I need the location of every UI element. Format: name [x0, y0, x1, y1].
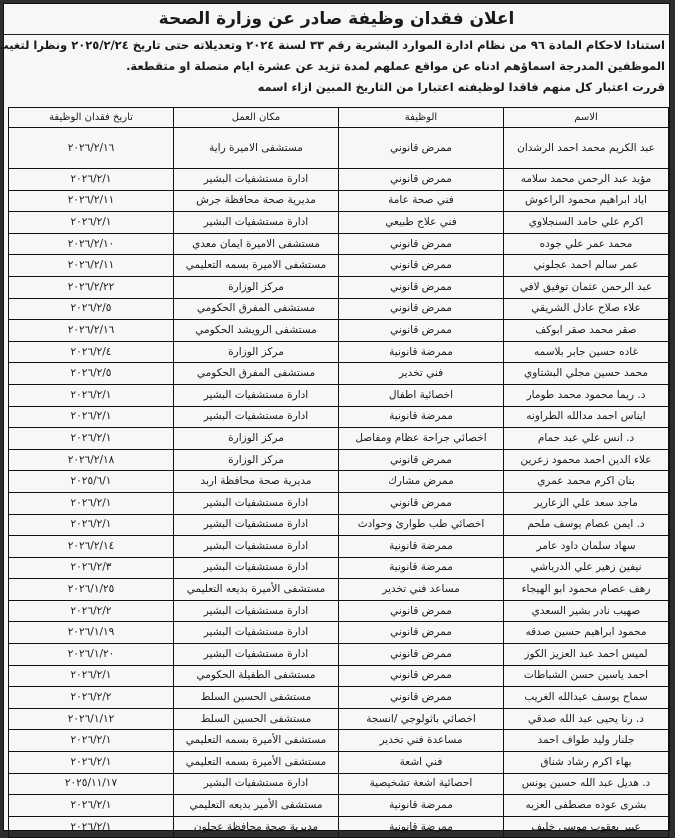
table-row: لميس احمد عبد العزيز الكوزممرض قانونيادا… [9, 644, 669, 666]
intro-line: الموظفين المدرجة اسماؤهم ادناه عن مواقع … [8, 56, 665, 77]
job-cell: اخصائي طب طوارئ وحوادث [339, 514, 504, 536]
date-cell: ٢٠٢٦/٢/١ [9, 730, 174, 752]
name-cell: د. انس علي عبد حمام [504, 428, 669, 450]
date-cell: ٢٠٢٦/٢/٤ [9, 341, 174, 363]
place-cell: ادارة مستشفيات البشير [174, 492, 339, 514]
name-cell: سهاد سلمان داود عامر [504, 536, 669, 558]
notice-title: اعلان فقدان وظيفة صادر عن وزارة الصحة [4, 4, 669, 35]
name-cell: رهف عصام محمود ابو الهيجاء [504, 579, 669, 601]
header-place: مكان العمل [174, 108, 339, 128]
place-cell: مستشفى الحسين السلط [174, 708, 339, 730]
name-cell: محمد عمر علي جوده [504, 233, 669, 255]
date-cell: ٢٠٢٥/٦/١ [9, 471, 174, 493]
place-cell: ادارة مستشفيات البشير [174, 406, 339, 428]
table-row: علاء الدين احمد محمود زعرينممرض قانونيمر… [9, 449, 669, 471]
table-row: د. هديل عبد الله حسين يونساحصائية اشعة ت… [9, 773, 669, 795]
place-cell: مركز الوزارة [174, 428, 339, 450]
place-cell: ادارة مستشفيات البشير [174, 600, 339, 622]
table-row: عبد الكريم محمد احمد الرشدانممرض قانونيم… [9, 128, 669, 169]
name-cell: د. ايمن عصام يوسف ملحم [504, 514, 669, 536]
date-cell: ٢٠٢٦/٢/١ [9, 795, 174, 817]
header-date: تاريخ فقدان الوظيفة [9, 108, 174, 128]
name-cell: اياد ابراهيم محمود الراعوش [504, 190, 669, 212]
notice-page: اعلان فقدان وظيفة صادر عن وزارة الصحة اس… [3, 3, 670, 831]
name-cell: د. رنا يحيى عبد الله صدقي [504, 708, 669, 730]
name-cell: علاء صلاح عادل الشريقي [504, 298, 669, 320]
place-cell: مركز الوزارة [174, 276, 339, 298]
name-cell: مؤيد عبد الرحمن محمد سلامه [504, 169, 669, 191]
place-cell: ادارة مستشفيات البشير [174, 384, 339, 406]
name-cell: ايناس احمد مدالله الطراونه [504, 406, 669, 428]
table-row: علاء صلاح عادل الشريقيممرض قانونيمستشفى … [9, 298, 669, 320]
place-cell: ادارة مستشفيات البشير [174, 514, 339, 536]
name-cell: محمد حسين مجلي البشتاوي [504, 363, 669, 385]
table-row: اياد ابراهيم محمود الراعوشفني صحة عامةمد… [9, 190, 669, 212]
job-cell: اخصائية اطفال [339, 384, 504, 406]
place-cell: مديرية صحة محافظة عجلون [174, 816, 339, 837]
date-cell: ٢٠٢٦/١/٢٥ [9, 579, 174, 601]
place-cell: مستشفى المفرق الحكومي [174, 298, 339, 320]
date-cell: ٢٠٢٦/٢/١٨ [9, 449, 174, 471]
notice-intro: استنادا لاحكام المادة ٩٦ من نظام ادارة ا… [8, 35, 665, 98]
table-row: بنان اكرم محمد عمريممرض مشاركمديرية صحة … [9, 471, 669, 493]
table-row: د. ايمن عصام يوسف ملحماخصائي طب طوارئ وح… [9, 514, 669, 536]
name-cell: بشرى عوده مصطفى العزبه [504, 795, 669, 817]
date-cell: ٢٠٢٦/٢/١ [9, 665, 174, 687]
table-row: عمر سالم احمد عجلونيممرض قانونيمستشفى ال… [9, 255, 669, 277]
name-cell: جلنار وليد طواف احمد [504, 730, 669, 752]
name-cell: صهيب نادر بشير السعدي [504, 600, 669, 622]
job-cell: مساعدة فني تخدير [339, 730, 504, 752]
job-cell: فني اشعة [339, 752, 504, 774]
job-cell: ممرض مشارك [339, 471, 504, 493]
name-cell: عمر سالم احمد عجلوني [504, 255, 669, 277]
place-cell: ادارة مستشفيات البشير [174, 212, 339, 234]
place-cell: مديرية صحة محافظة جرش [174, 190, 339, 212]
table-row: رهف عصام محمود ابو الهيجاءمساعد فني تخدي… [9, 579, 669, 601]
header-job: الوظيفة [339, 108, 504, 128]
place-cell: مركز الوزارة [174, 449, 339, 471]
name-cell: د. هديل عبد الله حسين يونس [504, 773, 669, 795]
intro-line: قررت اعتبار كل منهم فاقدا لوظيفته اعتبار… [8, 77, 665, 98]
date-cell: ٢٠٢٦/٢/١ [9, 169, 174, 191]
name-cell: نيفين زهير علي الدرباشي [504, 557, 669, 579]
place-cell: مستشفى الرويشد الحكومي [174, 320, 339, 342]
job-cell: ممرض قانوني [339, 169, 504, 191]
name-cell: عبد الرحمن عثمان توفيق لافي [504, 276, 669, 298]
place-cell: مستشفى الاميرة بسمه التعليمي [174, 255, 339, 277]
date-cell: ٢٠٢٦/٢/١٦ [9, 320, 174, 342]
date-cell: ٢٠٢٦/٢/٥ [9, 363, 174, 385]
table-row: د. انس علي عبد حماماخصائي جراحة عظام ومف… [9, 428, 669, 450]
job-cell: ممرضة قانونية [339, 341, 504, 363]
place-cell: ادارة مستشفيات البشير [174, 622, 339, 644]
date-cell: ٢٠٢٦/٢/١ [9, 428, 174, 450]
place-cell: مستشفى الأميرة بسمه التعليمي [174, 752, 339, 774]
date-cell: ٢٠٢٦/٢/٣ [9, 557, 174, 579]
table-row: احمد ياسين حسن الشباطاتممرض قانونيمستشفى… [9, 665, 669, 687]
job-cell: فني علاج طبيعي [339, 212, 504, 234]
job-cell: ممرض قانوني [339, 492, 504, 514]
name-cell: بنان اكرم محمد عمري [504, 471, 669, 493]
table-row: د. ريما محمود محمد طوماراخصائية اطفالادا… [9, 384, 669, 406]
date-cell: ٢٠٢٦/٢/٢٢ [9, 276, 174, 298]
place-cell: مستشفى الأمير بديعه التعليمي [174, 795, 339, 817]
job-cell: اخصائي باثولوجي /انسجة [339, 708, 504, 730]
job-cell: ممرض قانوني [339, 128, 504, 169]
job-cell: ممرض قانوني [339, 233, 504, 255]
table-row: مؤيد عبد الرحمن محمد سلامهممرض قانونيادا… [9, 169, 669, 191]
date-cell: ٢٠٢٦/٢/١ [9, 492, 174, 514]
date-cell: ٢٠٢٦/٢/١ [9, 752, 174, 774]
place-cell: ادارة مستشفيات البشير [174, 169, 339, 191]
table-row: ماجد سعد علي الزعاريرممرض قانونيادارة مس… [9, 492, 669, 514]
date-cell: ٢٠٢٦/٢/١٦ [9, 128, 174, 169]
name-cell: ماجد سعد علي الزعارير [504, 492, 669, 514]
date-cell: ٢٠٢٦/٢/١ [9, 816, 174, 837]
name-cell: لميس احمد عبد العزيز الكوز [504, 644, 669, 666]
table-row: د. رنا يحيى عبد الله صدقياخصائي باثولوجي… [9, 708, 669, 730]
place-cell: مديرية صحة محافظة اربد [174, 471, 339, 493]
place-cell: مستشفى الأميرة بديعه التعليمي [174, 579, 339, 601]
job-cell: فني صحة عامة [339, 190, 504, 212]
name-cell: اكرم علي حامد السنجلاوي [504, 212, 669, 234]
place-cell: مركز الوزارة [174, 341, 339, 363]
table-row: غاده حسين جابر بلاسمهممرضة قانونيةمركز ا… [9, 341, 669, 363]
place-cell: ادارة مستشفيات البشير [174, 644, 339, 666]
job-cell: ممرضة قانونية [339, 816, 504, 837]
name-cell: صقر محمد صقر ابوكف [504, 320, 669, 342]
intro-line: استنادا لاحكام المادة ٩٦ من نظام ادارة ا… [8, 35, 665, 56]
date-cell: ٢٠٢٦/٢/١٤ [9, 536, 174, 558]
table-row: محمود ابراهيم حسين صدقهممرض قانونيادارة … [9, 622, 669, 644]
job-cell: ممرض قانوني [339, 320, 504, 342]
place-cell: ادارة مستشفيات البشير [174, 536, 339, 558]
date-cell: ٢٠٢٦/٢/٥ [9, 298, 174, 320]
table-row: سماح يوسف عبدالله الغريبممرض قانونيمستشف… [9, 687, 669, 709]
job-loss-table: الاسم الوظيفة مكان العمل تاريخ فقدان الو… [8, 107, 669, 837]
name-cell: بهاء اكرم رشاد شناق [504, 752, 669, 774]
date-cell: ٢٠٢٦/٢/١ [9, 384, 174, 406]
place-cell: مستشفى الحسين السلط [174, 687, 339, 709]
table-row: جلنار وليد طواف احمدمساعدة فني تخديرمستش… [9, 730, 669, 752]
job-cell: ممرض قانوني [339, 665, 504, 687]
date-cell: ٢٠٢٦/٢/١ [9, 406, 174, 428]
name-cell: احمد ياسين حسن الشباطات [504, 665, 669, 687]
date-cell: ٢٠٢٦/١/١٩ [9, 622, 174, 644]
job-cell: ممرض قانوني [339, 255, 504, 277]
name-cell: علاء الدين احمد محمود زعرين [504, 449, 669, 471]
place-cell: مستشفى الاميرة راية [174, 128, 339, 169]
job-cell: ممرضة قانونية [339, 557, 504, 579]
name-cell: غاده حسين جابر بلاسمه [504, 341, 669, 363]
job-cell: ممرضة قانونية [339, 406, 504, 428]
date-cell: ٢٠٢٦/١/٢٠ [9, 644, 174, 666]
job-cell: ممرض قانوني [339, 600, 504, 622]
job-cell: اخصائي جراحة عظام ومفاصل [339, 428, 504, 450]
job-cell: ممرض قانوني [339, 298, 504, 320]
name-cell: عبد الكريم محمد احمد الرشدان [504, 128, 669, 169]
job-cell: ممرضة قانونية [339, 795, 504, 817]
job-cell: ممرض قانوني [339, 622, 504, 644]
table-row: عبير يعقوب موسى خليفممرضة قانونيةمديرية … [9, 816, 669, 837]
job-cell: مساعد فني تخدير [339, 579, 504, 601]
date-cell: ٢٠٢٦/٢/١١ [9, 255, 174, 277]
job-cell: ممرض قانوني [339, 276, 504, 298]
date-cell: ٢٠٢٦/١/١٢ [9, 708, 174, 730]
job-cell: ممرضة قانونية [339, 536, 504, 558]
table-body: عبد الكريم محمد احمد الرشدانممرض قانونيم… [9, 128, 669, 838]
name-cell: سماح يوسف عبدالله الغريب [504, 687, 669, 709]
table-row: نيفين زهير علي الدرباشيممرضة قانونيةادار… [9, 557, 669, 579]
table-row: صهيب نادر بشير السعديممرض قانونيادارة مس… [9, 600, 669, 622]
place-cell: مستشفى الطفيلة الحكومي [174, 665, 339, 687]
date-cell: ٢٠٢٦/٢/١ [9, 212, 174, 234]
place-cell: مستشفى المفرق الحكومي [174, 363, 339, 385]
table-row: اكرم علي حامد السنجلاويفني علاج طبيعيادا… [9, 212, 669, 234]
date-cell: ٢٠٢٦/٢/١ [9, 514, 174, 536]
place-cell: ادارة مستشفيات البشير [174, 773, 339, 795]
table-row: ايناس احمد مدالله الطراونهممرضة قانونيةا… [9, 406, 669, 428]
table-row: بهاء اكرم رشاد شناقفني اشعةمستشفى الأمير… [9, 752, 669, 774]
date-cell: ٢٠٢٦/٢/٢ [9, 600, 174, 622]
table-row: صقر محمد صقر ابوكفممرض قانونيمستشفى الرو… [9, 320, 669, 342]
job-cell: ممرض قانوني [339, 449, 504, 471]
date-cell: ٢٠٢٦/٢/١١ [9, 190, 174, 212]
table-row: محمد حسين مجلي البشتاويفني تخديرمستشفى ا… [9, 363, 669, 385]
name-cell: محمود ابراهيم حسين صدقه [504, 622, 669, 644]
job-cell: ممرض قانوني [339, 644, 504, 666]
header-name: الاسم [504, 108, 669, 128]
date-cell: ٢٠٢٦/٢/١٠ [9, 233, 174, 255]
name-cell: عبير يعقوب موسى خليف [504, 816, 669, 837]
date-cell: ٢٠٢٦/٢/٢ [9, 687, 174, 709]
place-cell: مستشفى الأميرة بسمه التعليمي [174, 730, 339, 752]
table-header-row: الاسم الوظيفة مكان العمل تاريخ فقدان الو… [9, 108, 669, 128]
job-cell: ممرض قانوني [339, 687, 504, 709]
table-row: محمد عمر علي جودهممرض قانونيمستشفى الامي… [9, 233, 669, 255]
table-row: سهاد سلمان داود عامرممرضة قانونيةادارة م… [9, 536, 669, 558]
place-cell: مستشفى الاميرة ايمان معدي [174, 233, 339, 255]
table-row: عبد الرحمن عثمان توفيق لافيممرض قانونيمر… [9, 276, 669, 298]
date-cell: ٢٠٢٥/١١/١٧ [9, 773, 174, 795]
job-cell: فني تخدير [339, 363, 504, 385]
table-row: بشرى عوده مصطفى العزبهممرضة قانونيةمستشف… [9, 795, 669, 817]
place-cell: ادارة مستشفيات البشير [174, 557, 339, 579]
name-cell: د. ريما محمود محمد طومار [504, 384, 669, 406]
job-cell: احصائية اشعة تشخيصية [339, 773, 504, 795]
